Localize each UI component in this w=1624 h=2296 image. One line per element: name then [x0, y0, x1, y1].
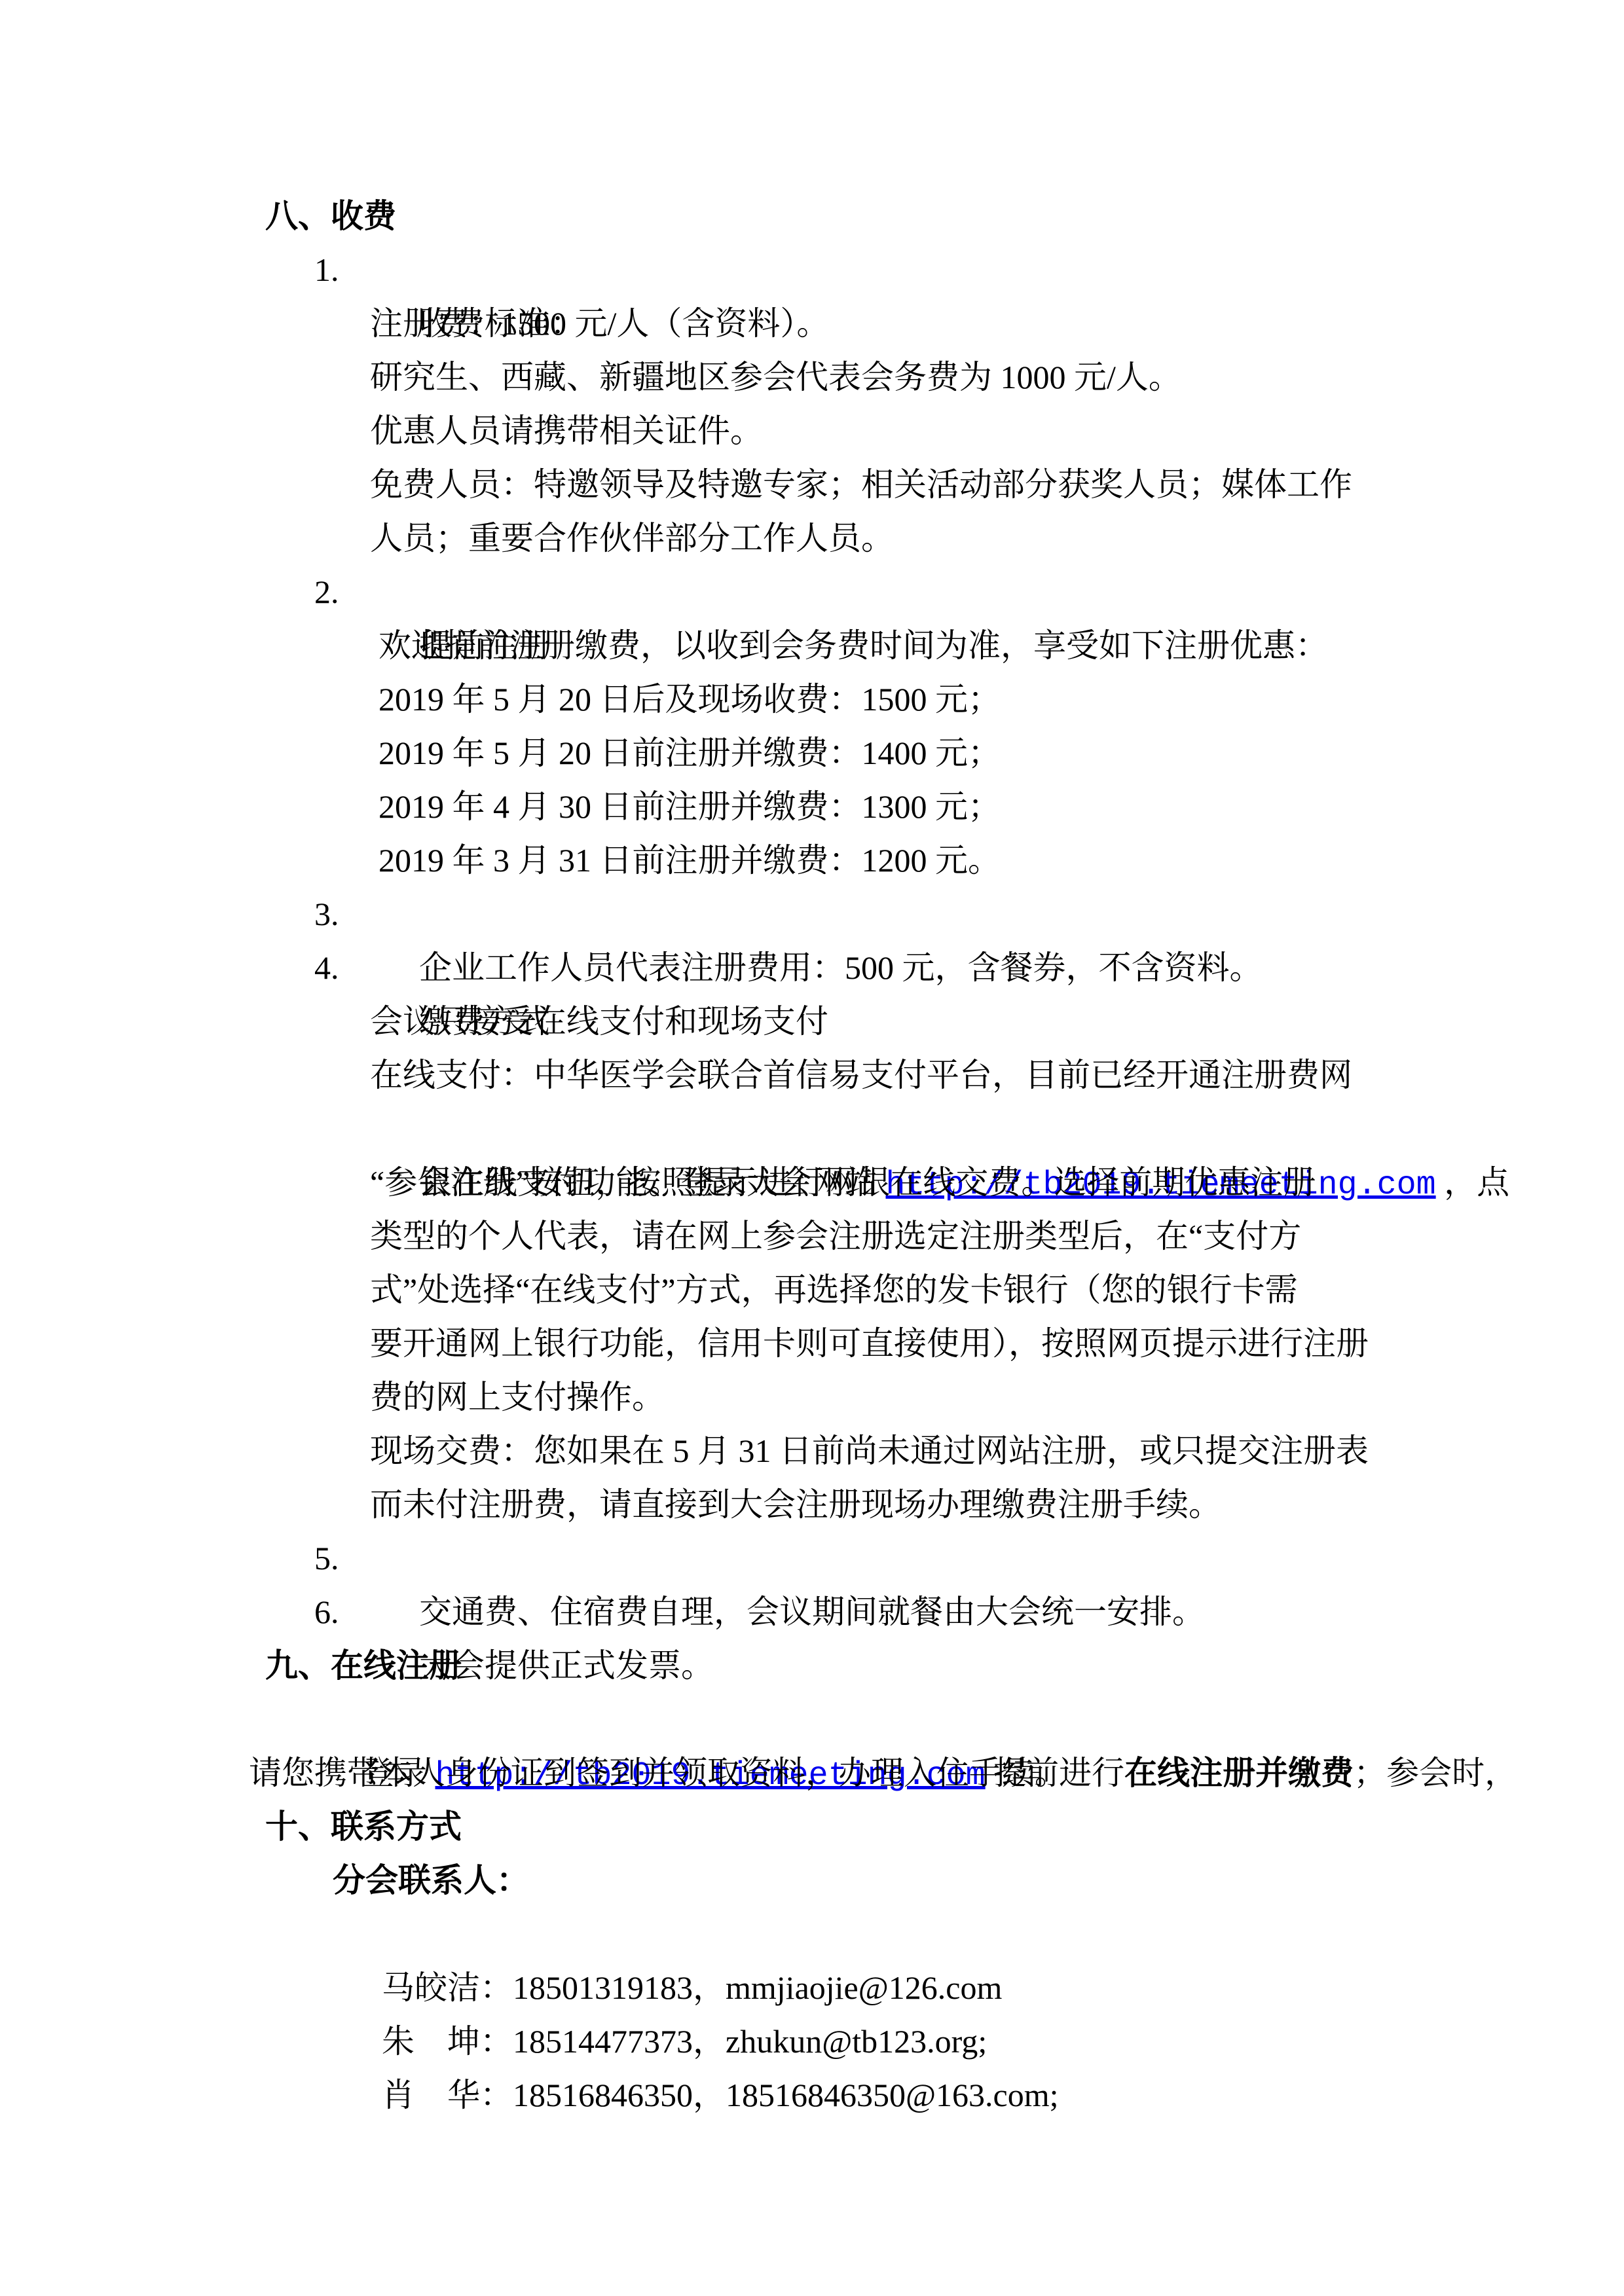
fees-heading: 八、收费: [0, 189, 1624, 243]
payment-online-line-6: 要开通网上银行功能，信用卡则可直接使用），按照网页提示进行注册: [0, 1317, 1624, 1370]
document-content: 八、收费 1.收费标准： 注册费：1500 元/人（含资料）。 研究生、西藏、新…: [0, 189, 1624, 2068]
contact-heading: 十、联系方式: [0, 1800, 1624, 1853]
early-reg-line-4: 2019 年 4 月 30 日前注册并缴费：1300 元；: [0, 780, 1624, 833]
payment-online-line-1: 在线支付：中华医学会联合首信易支付平台，目前已经开通注册费网: [0, 1048, 1624, 1102]
fee-item-3-number: 3.: [314, 887, 339, 941]
fee-standard-line-4: 免费人员：特邀领导及特邀专家；相关活动部分获奖人员；媒体工作: [0, 458, 1624, 511]
fee-item-6-number: 6.: [314, 1585, 339, 1639]
document-page: 八、收费 1.收费标准： 注册费：1500 元/人（含资料）。 研究生、西藏、新…: [0, 0, 1624, 2296]
online-registration-paragraph-line-2: 请您携带本人身份证到签到并领取资料，办理入住手续。: [0, 1746, 1624, 1800]
early-reg-line-2: 2019 年 5 月 20 日后及现场收费：1500 元；: [0, 672, 1624, 726]
payment-online-line-4: 类型的个人代表，请在网上参会注册选定注册类型后，在“支付方: [0, 1209, 1624, 1263]
fee-item-4-number: 4.: [314, 941, 339, 994]
contact-subheading: 分会联系人：: [0, 1853, 1624, 1907]
online-registration-paragraph-line-1: 登录 http://tb2019.tiemeeting.com 提前进行在线注册…: [0, 1692, 1624, 1746]
payment-onsite-line-2: 而未付注册费，请直接到大会注册现场办理缴费注册手续。: [0, 1478, 1624, 1531]
contact-person-3-name: 肖 华：: [382, 2077, 513, 2113]
payment-online-line-5: 式”处选择“在线支付”方式，再选择您的发卡银行（您的银行卡需: [0, 1263, 1624, 1317]
contact-person-3-info: 18516846350，18516846350@163.com;: [513, 2077, 1059, 2113]
fee-item-1: 1.收费标准：: [0, 243, 1624, 297]
early-reg-line-3: 2019 年 5 月 20 日前注册并缴费：1400 元；: [0, 726, 1624, 780]
fee-item-1-number: 1.: [314, 243, 339, 297]
payment-online-line-3: “参会注册”按钮，按照提示进行网银在线交费。选择前期优惠注册: [0, 1156, 1624, 1209]
fee-standard-line-2: 研究生、西藏、新疆地区参会代表会务费为 1000 元/人。: [0, 350, 1624, 404]
fee-standard-line-5: 人员；重要合作伙伴部分工作人员。: [0, 511, 1624, 565]
fee-item-2-number: 2.: [314, 565, 339, 619]
fee-standard-line-3: 优惠人员请携带相关证件。: [0, 404, 1624, 458]
contact-person-2: 朱 坤：18514477373，zhukun@tb123.org;: [0, 1961, 1624, 2014]
fee-item-5: 5.交通费、住宿费自理，会议期间就餐由大会统一安排。: [0, 1531, 1624, 1585]
fee-standard-line-1: 注册费：1500 元/人（含资料）。: [0, 297, 1624, 350]
fee-item-6: 6.大会提供正式发票。: [0, 1585, 1624, 1639]
fee-item-5-number: 5.: [314, 1531, 339, 1585]
payment-intro-line: 会议只接受在线支付和现场支付: [0, 994, 1624, 1048]
contact-person-1: 马皎洁：18501319183，mmjiaojie@126.com: [0, 1907, 1624, 1961]
fee-item-4: 4.缴费方式: [0, 941, 1624, 994]
early-reg-line-5: 2019 年 3 月 31 日前注册并缴费：1200 元。: [0, 833, 1624, 887]
early-reg-line-1: 欢迎提前注册缴费，以收到会务费时间为准，享受如下注册优惠：: [0, 619, 1624, 672]
payment-onsite-line-1: 现场交费：您如果在 5 月 31 日前尚未通过网站注册，或只提交注册表: [0, 1424, 1624, 1478]
online-registration-heading: 九、在线注册: [0, 1639, 1624, 1692]
fee-item-2: 2.提前注册: [0, 565, 1624, 619]
payment-online-line-7: 费的网上支付操作。: [0, 1370, 1624, 1424]
fee-item-3: 3.企业工作人员代表注册费用：500 元，含餐券，不含资料。: [0, 887, 1624, 941]
payment-online-line-2: 银在线支付功能。登录大会网站 http://tb2019.tiemeeting.…: [0, 1102, 1624, 1156]
contact-person-3: 肖 华：18516846350，18516846350@163.com;: [0, 2014, 1624, 2068]
